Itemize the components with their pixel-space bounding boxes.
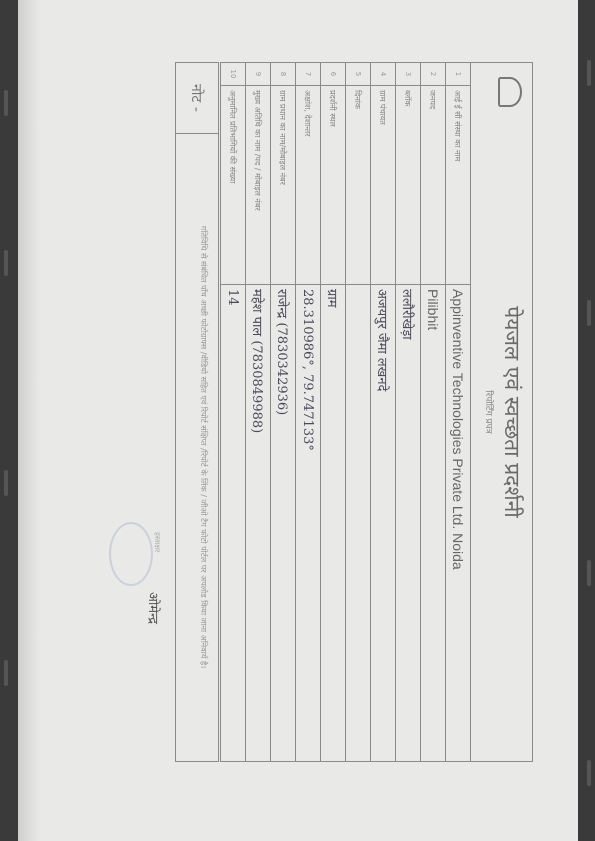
reporting-form: पेयजल एवं स्वच्छता प्रदर्शनी रिपोर्टिंग … bbox=[173, 62, 533, 762]
form-subtitle: रिपोर्टिंग प्रपत्र bbox=[483, 63, 496, 761]
row-number: 4 bbox=[371, 63, 396, 86]
row-value: राजेन्द्र (7830342936) bbox=[271, 285, 296, 762]
row-value: 14 bbox=[221, 285, 246, 762]
official-stamp bbox=[109, 522, 153, 586]
row-label: आई ई सी संस्था का नाम bbox=[446, 86, 471, 285]
row-number: 8 bbox=[271, 63, 296, 86]
row-label: ग्राम पंचायत bbox=[371, 86, 396, 285]
table-row: 4ग्राम पंचायतअजयपुर जैमा लखनदे bbox=[371, 63, 396, 762]
row-value: Pilibhit bbox=[421, 285, 446, 762]
table-row: 6प्रदर्शनी स्थलग्राम bbox=[321, 63, 346, 762]
row-label: अक्षांश, देशान्तर bbox=[296, 86, 321, 285]
table-row: 1आई ई सी संस्था का नामAppinventive Techn… bbox=[446, 63, 471, 762]
table-row: 2जनपदPilibhit bbox=[421, 63, 446, 762]
row-number: 9 bbox=[246, 63, 271, 86]
binder-mark bbox=[4, 250, 8, 276]
row-number: 7 bbox=[296, 63, 321, 86]
scanned-page: पेयजल एवं स्वच्छता प्रदर्शनी रिपोर्टिंग … bbox=[18, 0, 578, 841]
binder-mark bbox=[4, 470, 8, 496]
note-box: नोट - गतिविधि से संबंधित पाँच अच्छी फोटो… bbox=[175, 62, 219, 762]
row-number: 10 bbox=[221, 63, 246, 86]
form-table: 1आई ई सी संस्था का नामAppinventive Techn… bbox=[220, 62, 471, 762]
row-label: प्रदर्शनी स्थल bbox=[321, 86, 346, 285]
signature: ओमेन्द्र bbox=[145, 592, 163, 624]
binder-mark bbox=[4, 660, 8, 686]
table-row: 5दिनांक bbox=[346, 63, 371, 762]
table-row: 10अनुमानित प्रतिभागियों की संख्या14 bbox=[221, 63, 246, 762]
form-title: पेयजल एवं स्वच्छता प्रदर्शनी bbox=[498, 63, 526, 761]
binder-mark bbox=[587, 60, 591, 86]
row-value: Appinventive Technologies Private Ltd. N… bbox=[446, 285, 471, 762]
row-label: ब्लॉक bbox=[396, 86, 421, 285]
binder-mark bbox=[587, 760, 591, 786]
row-label: मुख्य अतिथि का नाम /पद / मोबाइल नंबर bbox=[246, 86, 271, 285]
row-number: 3 bbox=[396, 63, 421, 86]
table-row: 8ग्राम प्रधान का नाम/मोबाइल नंबरराजेन्द्… bbox=[271, 63, 296, 762]
row-label: ग्राम प्रधान का नाम/मोबाइल नंबर bbox=[271, 86, 296, 285]
row-label: दिनांक bbox=[346, 86, 371, 285]
row-value: ललौरीखेड़ा bbox=[396, 285, 421, 762]
note-text: गतिविधि से संबंधित पाँच अच्छी फोटोग्राफ्… bbox=[196, 143, 210, 751]
table-row: 7अक्षांश, देशान्तर28.310986°, 79.747133° bbox=[296, 63, 321, 762]
row-value: 28.310986°, 79.747133° bbox=[296, 285, 321, 762]
row-number: 5 bbox=[346, 63, 371, 86]
row-value bbox=[346, 285, 371, 762]
row-number: 2 bbox=[421, 63, 446, 86]
binder-mark bbox=[587, 300, 591, 326]
page-shadow bbox=[18, 0, 40, 841]
note-label: नोट - bbox=[176, 63, 218, 134]
table-row: 9मुख्य अतिथि का नाम /पद / मोबाइल नंबरमहे… bbox=[246, 63, 271, 762]
table-row: 3ब्लॉकललौरीखेड़ा bbox=[396, 63, 421, 762]
row-label: अनुमानित प्रतिभागियों की संख्या bbox=[221, 86, 246, 285]
form-header: पेयजल एवं स्वच्छता प्रदर्शनी रिपोर्टिंग … bbox=[471, 62, 533, 762]
binder-mark bbox=[587, 560, 591, 586]
row-value: ग्राम bbox=[321, 285, 346, 762]
row-number: 6 bbox=[321, 63, 346, 86]
row-value: अजयपुर जैमा लखनदे bbox=[371, 285, 396, 762]
binder-mark bbox=[4, 90, 8, 116]
row-number: 1 bbox=[446, 63, 471, 86]
signature-label: हस्ताक्षर bbox=[152, 532, 161, 552]
row-label: जनपद bbox=[421, 86, 446, 285]
row-value: महेश पाल (7830849988) bbox=[246, 285, 271, 762]
